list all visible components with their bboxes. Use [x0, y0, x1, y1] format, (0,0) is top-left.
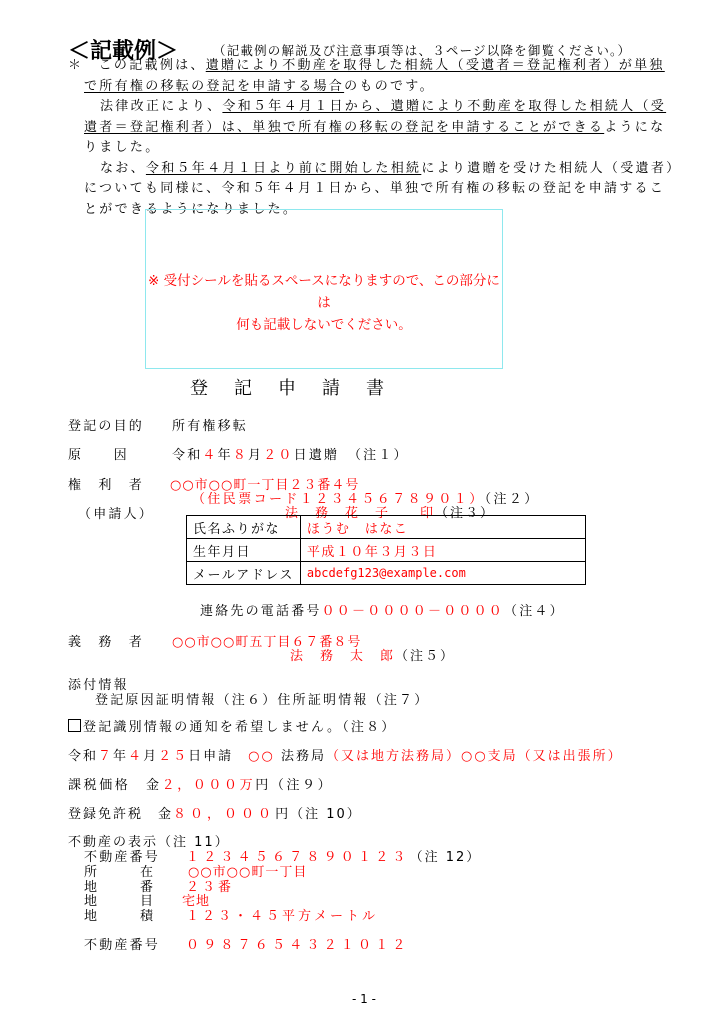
- notification-checkbox[interactable]: [68, 719, 81, 732]
- email-label: メールアドレス: [187, 562, 301, 585]
- intro-line-5: りました。: [68, 138, 681, 159]
- tax-value: 課税価格 金２，０００万円（注９）: [68, 774, 333, 793]
- obligor-label: 義 務 者: [68, 631, 144, 650]
- page-number: - 1 -: [352, 992, 376, 1006]
- table-row: メールアドレス abcdefg123@example.com: [187, 562, 586, 585]
- cause-value: 令和４年８月２０日遺贈 （注１）: [172, 444, 409, 463]
- intro-line-2: で所有権の移転の登記を申請する場合のものです。: [68, 77, 681, 98]
- receipt-sticker-area: ※ 受付シールを貼るスペースになりますので、この部分には 何も記載しないでくださ…: [145, 209, 503, 369]
- intro-line-6: なお、令和５年４月１日より前に開始した相続により遺贈を受けた相続人（受遺者）: [68, 159, 681, 180]
- intro-paragraphs: ＊ この記載例は、遺贈により不動産を取得した相続人（受遺者＝登記権利者）が単独 …: [68, 56, 681, 220]
- email-value: abcdefg123@example.com: [300, 562, 585, 585]
- sticker-instructions: ※ 受付シールを貼るスペースになりますので、この部分には 何も記載しないでくださ…: [146, 270, 502, 336]
- applicant-sublabel: （申請人）: [78, 503, 154, 522]
- notification-option: 登記識別情報の通知を希望しません。（注８）: [68, 716, 397, 735]
- attachments-list: 登記原因証明情報（注６）住所証明情報（注７）: [95, 689, 429, 708]
- intro-line-1: ＊ この記載例は、遺贈により不動産を取得した相続人（受遺者＝登記権利者）が単独: [68, 56, 681, 77]
- form-title: 登記申請書: [190, 374, 410, 400]
- property-number-2-label: 不動産番号: [84, 934, 160, 953]
- contact-phone: 連絡先の電話番号００－００００－００００（注４）: [200, 600, 565, 619]
- intro-line-3: 法律改正により、令和５年４月１日から、遺贈により不動産を取得した相続人（受: [68, 97, 681, 118]
- table-row: 氏名ふりがな ほうむ はなこ: [187, 516, 586, 539]
- registration-tax: 登録免許税 金８０，０００円（注 10）: [68, 803, 362, 822]
- cause-label: 原 因: [68, 444, 129, 463]
- application-date-office: 令和７年４月２５日申請 ○○ 法務局（又は地方法務局）○○支局（又は出張所）: [68, 745, 623, 764]
- right-holder-label: 権 利 者: [68, 474, 144, 493]
- obligor-name: 法 務 太 郎（注５）: [290, 645, 455, 664]
- furigana-value: ほうむ はなこ: [300, 516, 585, 539]
- area-value: １２３・４５平方メートル: [186, 905, 378, 924]
- applicant-info-table: 氏名ふりがな ほうむ はなこ 生年月日 平成１０年３月３日 メールアドレス ab…: [186, 515, 586, 585]
- birthdate-value: 平成１０年３月３日: [300, 539, 585, 562]
- birthdate-label: 生年月日: [187, 539, 301, 562]
- property-number-2: ０９８７６５４３２１０１２: [186, 934, 410, 953]
- furigana-label: 氏名ふりがな: [187, 516, 301, 539]
- intro-line-7: についても同様に、令和５年４月１日から、単独で所有権の移転の登記を申請するこ: [68, 179, 681, 200]
- purpose-label: 登記の目的: [68, 415, 144, 434]
- intro-line-4: 遺者＝登記権利者）は、単独で所有権の移転の登記を申請することができるようにな: [68, 118, 681, 139]
- table-row: 生年月日 平成１０年３月３日: [187, 539, 586, 562]
- purpose-value: 所有権移転: [172, 415, 248, 434]
- area-label: 地 積: [84, 905, 154, 924]
